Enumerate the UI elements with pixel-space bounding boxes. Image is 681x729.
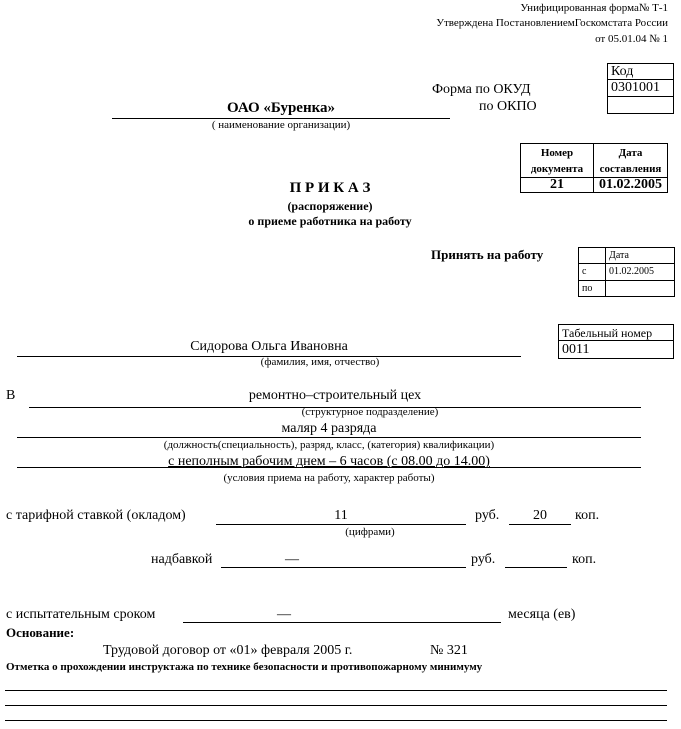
tab-number-label: Табельный номер [559, 325, 674, 341]
hire-from-label: с [579, 264, 606, 281]
approved-date-line: от 05.01.04 № 1 [595, 33, 668, 45]
okud-label: Форма по ОКУД [432, 82, 531, 98]
bonus-kop-line [505, 567, 567, 568]
doc-number-header-line1: Номер [541, 147, 573, 159]
safety-label: Отметка о прохождении инструктажа по тех… [6, 661, 482, 673]
doc-date-header-line1: Дата [619, 147, 643, 159]
code-table: Код 0301001 [607, 63, 674, 114]
safety-line-1 [5, 690, 667, 691]
rate-kop-line [509, 524, 571, 525]
bonus-rub-label: руб. [471, 552, 495, 568]
approved-line: Утверждена ПостановлениемГоскомстата Рос… [436, 17, 668, 29]
rate-kop-label: коп. [575, 508, 599, 524]
job-value: маляр 4 разряда [17, 421, 641, 437]
employee-name-caption: (фамилия, имя, отчество) [120, 356, 520, 368]
job-line [17, 437, 641, 438]
okpo-value [608, 97, 674, 114]
code-header: Код [608, 64, 674, 80]
hire-date-header: Дата [606, 248, 675, 264]
hire-label: Принять на работу [431, 247, 543, 263]
rate-kop-value: 20 [509, 508, 571, 524]
order-subject: о приеме работника на работу [200, 214, 460, 229]
organization-name: ОАО «Буренка» [112, 100, 450, 117]
conditions-line [17, 467, 641, 468]
rate-rub-label: руб. [475, 508, 499, 524]
bonus-label: надбавкой [151, 552, 212, 568]
basis-text: Трудовой договор от «01» февраля 2005 г. [103, 643, 352, 659]
probation-label: с испытательным сроком [6, 607, 155, 623]
doc-date-value: 01.02.2005 [594, 178, 668, 193]
hire-to-label: по [579, 281, 606, 297]
order-title: П Р И К А З [200, 180, 460, 197]
hire-from-value: 01.02.2005 [606, 264, 675, 281]
hire-date-table: Дата с 01.02.2005 по [578, 247, 675, 297]
tab-number-table: Табельный номер 0011 [558, 324, 674, 359]
basis-number: № 321 [430, 643, 468, 659]
doc-number-header: Номер документа [521, 144, 594, 178]
doc-number-header-line2: документа [531, 163, 583, 175]
rate-rub-line [216, 524, 466, 525]
bonus-kop-label: коп. [572, 552, 596, 568]
rate-rub-value: 11 [216, 508, 466, 524]
safety-line-3 [5, 720, 667, 721]
doc-date-header: Дата составления [594, 144, 668, 178]
okud-value: 0301001 [608, 80, 674, 97]
digits-caption: (цифрами) [300, 526, 440, 538]
department-value: ремонтно–строительный цех [29, 388, 641, 404]
job-caption: (должность(специальность), разряд, класс… [17, 439, 641, 451]
basis-label: Основание: [6, 625, 74, 641]
probation-line [183, 622, 501, 623]
doc-date-header-line2: составления [600, 163, 662, 175]
okpo-label: по ОКПО [479, 99, 537, 115]
bonus-rub-value: — [285, 552, 299, 568]
form-line: Унифицированная форма№ Т-1 [520, 2, 668, 14]
hire-date-corner [579, 248, 606, 264]
doc-number-value: 21 [521, 178, 594, 193]
tab-number-value: 0011 [559, 341, 674, 359]
bonus-rub-line [221, 567, 466, 568]
document-table: Номер документа Дата составления 21 01.0… [520, 143, 668, 193]
employee-name: Сидорова Ольга Ивановна [17, 339, 521, 355]
safety-line-2 [5, 705, 667, 706]
probation-value: — [277, 607, 291, 623]
hire-to-value [606, 281, 675, 297]
order-subtitle: (распоряжение) [200, 199, 460, 214]
probation-unit: месяца (ев) [508, 607, 575, 623]
rate-label: с тарифной ставкой (окладом) [6, 508, 186, 524]
in-label: В [6, 388, 15, 404]
department-caption: (структурное подразделение) [170, 406, 570, 418]
organization-caption: ( наименование организации) [112, 119, 450, 131]
conditions-caption: (условия приема на работу, характер рабо… [17, 472, 641, 484]
